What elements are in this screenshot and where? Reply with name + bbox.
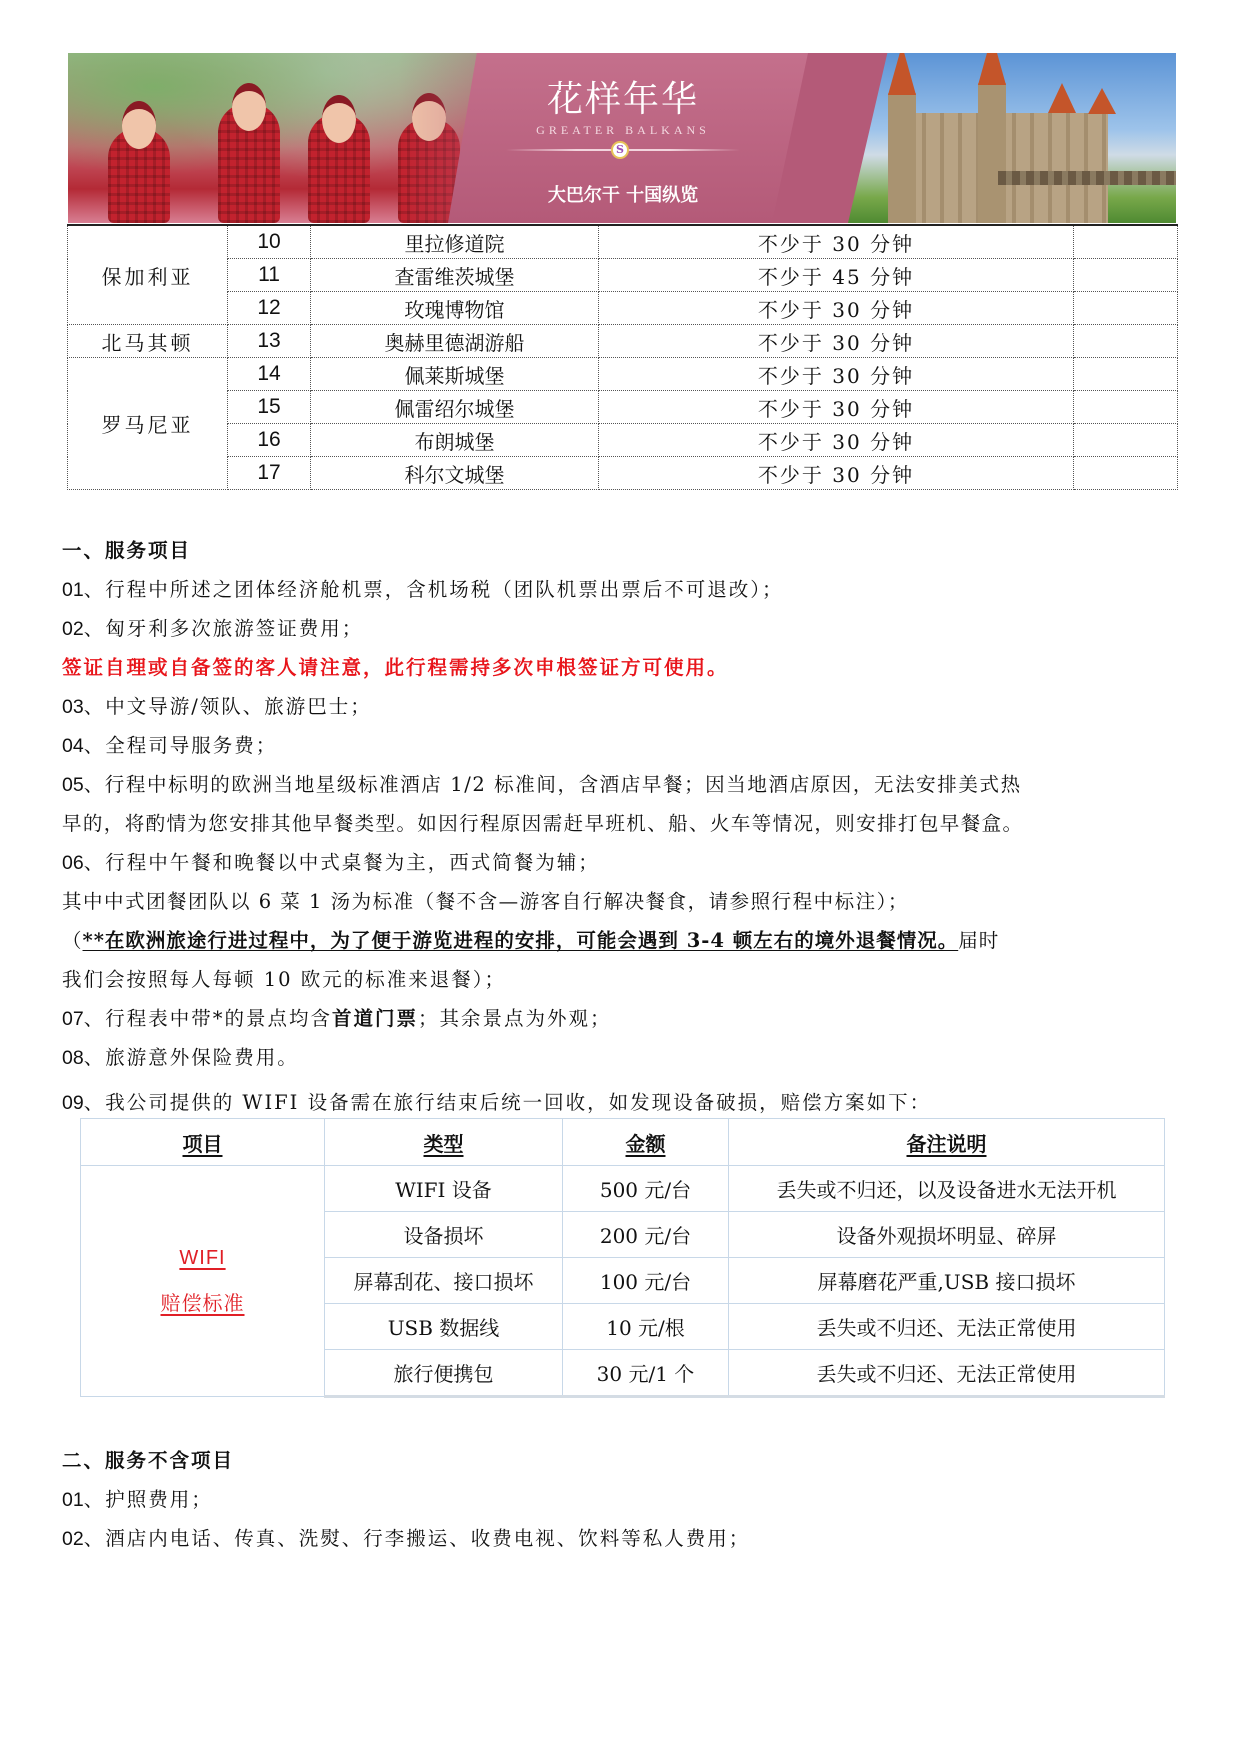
table-header-row: 项目 类型 金额 备注说明 — [81, 1119, 1165, 1166]
sight-number: 17 — [228, 457, 311, 490]
table-row: 罗马尼亚 14 佩莱斯城堡 不少于 30 分钟 — [68, 358, 1178, 391]
sight-name: 奥赫里德湖游船 — [311, 325, 599, 358]
column-header-remark: 备注说明 — [729, 1119, 1165, 1166]
castle-roof — [1088, 88, 1116, 114]
column-header-item: 项目 — [81, 1119, 325, 1166]
sight-duration: 不少于 45 分钟 — [599, 259, 1074, 292]
castle-roof — [1048, 83, 1076, 113]
service-item: 07、行程表中带*的景点均含首道门票；其余景点为外观； — [62, 1003, 612, 1031]
sight-note — [1074, 391, 1178, 424]
sight-number: 15 — [228, 391, 311, 424]
section-heading-services-included: 一、服务项目 — [62, 535, 191, 563]
wifi-item-label: WIFI — [81, 1236, 324, 1281]
item-text: 、酒店内电话、传真、洗熨、行李搬运、收费电视、饮料等私人费用； — [84, 1527, 751, 1550]
wifi-remark: 屏幕磨花严重,USB 接口损坏 — [729, 1258, 1165, 1304]
sight-number: 14 — [228, 358, 311, 391]
wifi-type: 屏幕刮花、接口损坏 — [325, 1258, 563, 1304]
table-row: 保加利亚 10 里拉修道院 不少于 30 分钟 — [68, 225, 1178, 259]
item-text: 、匈牙利多次旅游签证费用； — [84, 617, 364, 640]
country-cell: 北马其顿 — [68, 325, 228, 358]
section-heading-services-excluded: 二、服务不含项目 — [62, 1445, 234, 1473]
wifi-type: 设备损坏 — [325, 1212, 563, 1258]
table-row: 12 玫瑰博物馆 不少于 30 分钟 — [68, 292, 1178, 325]
sight-duration: 不少于 30 分钟 — [599, 391, 1074, 424]
sight-duration: 不少于 30 分钟 — [599, 292, 1074, 325]
country-cell: 罗马尼亚 — [68, 358, 228, 490]
sight-name: 查雷维茨城堡 — [311, 259, 599, 292]
item-text: 、护照费用； — [84, 1488, 213, 1511]
table-row: 15 佩雷绍尔城堡 不少于 30 分钟 — [68, 391, 1178, 424]
service-item: 08、旅游意外保险费用。 — [62, 1042, 299, 1070]
item-text: 、旅游意外保险费用。 — [84, 1046, 299, 1069]
sight-note — [1074, 424, 1178, 457]
sight-duration: 不少于 30 分钟 — [599, 325, 1074, 358]
meal-standard-note: 其中中式团餐团队以 6 菜 1 汤为标准（餐不含—游客自行解决餐食，请参照行程中… — [62, 886, 909, 914]
dancer-face — [122, 101, 156, 149]
sight-name: 里拉修道院 — [311, 225, 599, 259]
country-cell: 保加利亚 — [68, 225, 228, 325]
sight-name: 科尔文城堡 — [311, 457, 599, 490]
castle-tower — [978, 83, 1006, 223]
meal-refund-suffix: 届时 — [958, 929, 999, 952]
meal-refund-continuation: 我们会按照每人每顿 10 欧元的标准来退餐）； — [62, 964, 506, 992]
service-item: 02、匈牙利多次旅游签证费用； — [62, 613, 363, 641]
service-item: 06、行程中午餐和晚餐以中式桌餐为主，西式简餐为辅； — [62, 847, 600, 875]
compensation-standard-label: 赔偿标准 — [81, 1281, 324, 1326]
sight-duration: 不少于 30 分钟 — [599, 358, 1074, 391]
item-text: 、全程司导服务费； — [84, 734, 278, 757]
item-number: 08 — [62, 1047, 84, 1069]
sight-name: 佩雷绍尔城堡 — [311, 391, 599, 424]
wifi-type: 旅行便携包 — [325, 1350, 563, 1397]
paren-open: （ — [62, 929, 83, 952]
item-number: 03 — [62, 696, 84, 718]
sight-name: 玫瑰博物馆 — [311, 292, 599, 325]
item-text: 、行程中标明的欧洲当地星级标准酒店 1/2 标准间，含酒店早餐；因当地酒店原因，… — [84, 773, 1022, 796]
item-text: 、我公司提供的 WIFI 设备需在旅行结束后统一回收，如发现设备破损，赔偿方案如… — [84, 1091, 931, 1114]
banner-text-block: 花样年华 GREATER BALKANS S 大巴尔干 十国纵览 — [498, 53, 748, 223]
wifi-amount: 10 元/根 — [563, 1304, 729, 1350]
table-row: 11 查雷维茨城堡 不少于 45 分钟 — [68, 259, 1178, 292]
castle-roof — [978, 53, 1006, 85]
item-number: 07 — [62, 1008, 84, 1030]
first-ticket-emphasis: 首道门票 — [332, 1007, 418, 1030]
dancer-face — [322, 95, 356, 143]
wifi-compensation-table: 项目 类型 金额 备注说明 WIFI 赔偿标准 WIFI 设备 500 元/台 … — [80, 1118, 1165, 1398]
wifi-amount: 500 元/台 — [563, 1166, 729, 1212]
table-row: 16 布朗城堡 不少于 30 分钟 — [68, 424, 1178, 457]
brand-logo-icon: S — [611, 141, 629, 159]
wifi-remark: 丢失或不归还、无法正常使用 — [729, 1304, 1165, 1350]
table-row: WIFI 赔偿标准 WIFI 设备 500 元/台 丢失或不归还，以及设备进水无… — [81, 1166, 1165, 1212]
wifi-amount: 30 元/1 个 — [563, 1350, 729, 1397]
sight-duration: 不少于 30 分钟 — [599, 225, 1074, 259]
sight-note — [1074, 457, 1178, 490]
item-text: 、中文导游/领队、旅游巴士； — [84, 695, 372, 718]
excluded-item: 01、护照费用； — [62, 1484, 213, 1512]
item-number: 05 — [62, 774, 84, 796]
item-number: 02 — [62, 1528, 84, 1550]
wifi-amount: 200 元/台 — [563, 1212, 729, 1258]
item-number: 02 — [62, 618, 84, 640]
sight-note — [1074, 259, 1178, 292]
service-item: 03、中文导游/领队、旅游巴士； — [62, 691, 372, 719]
wifi-item-label-cell: WIFI 赔偿标准 — [81, 1166, 325, 1397]
column-header-amount: 金额 — [563, 1119, 729, 1166]
item-number: 06 — [62, 852, 84, 874]
sight-note — [1074, 225, 1178, 259]
castle-bridge — [998, 171, 1176, 185]
sight-name: 布朗城堡 — [311, 424, 599, 457]
item-text-suffix: ；其余景点为外观； — [418, 1007, 612, 1030]
visa-warning: 签证自理或自备签的客人请注意，此行程需持多次申根签证方可使用。 — [62, 652, 729, 680]
header-banner: 花样年华 GREATER BALKANS S 大巴尔干 十国纵览 — [68, 53, 1176, 223]
sight-duration: 不少于 30 分钟 — [599, 457, 1074, 490]
service-item-continuation: 早的，将酌情为您安排其他早餐类型。如因行程原因需赶早班机、船、火车等情况，则安排… — [62, 808, 1023, 836]
item-text: 、行程表中带*的景点均含 — [84, 1007, 332, 1030]
sight-note — [1074, 292, 1178, 325]
item-number: 09 — [62, 1092, 84, 1114]
item-text: 、行程中午餐和晚餐以中式桌餐为主，西式简餐为辅； — [84, 851, 600, 874]
banner-title: 花样年华 — [498, 71, 748, 122]
meal-refund-note: （**在欧洲旅途行进过程中，为了便于游览进程的安排，可能会遇到 3-4 顿左右的… — [62, 925, 999, 953]
table-row: 17 科尔文城堡 不少于 30 分钟 — [68, 457, 1178, 490]
wifi-type: USB 数据线 — [325, 1304, 563, 1350]
item-number: 01 — [62, 1489, 84, 1511]
sight-duration: 不少于 30 分钟 — [599, 424, 1074, 457]
wifi-remark: 设备外观损坏明显、碎屏 — [729, 1212, 1165, 1258]
item-number: 01 — [62, 579, 84, 601]
item-number: 04 — [62, 735, 84, 757]
banner-tagline: 大巴尔干 十国纵览 — [498, 181, 748, 207]
banner-subtitle: GREATER BALKANS — [498, 123, 748, 138]
service-item: 09、我公司提供的 WIFI 设备需在旅行结束后统一回收，如发现设备破损，赔偿方… — [62, 1087, 931, 1115]
sight-number: 12 — [228, 292, 311, 325]
meal-refund-emphasis: **在欧洲旅途行进过程中，为了便于游览进程的安排，可能会遇到 3-4 顿左右的境… — [83, 929, 959, 952]
service-item: 05、行程中标明的欧洲当地星级标准酒店 1/2 标准间，含酒店早餐；因当地酒店原… — [62, 769, 1022, 797]
wifi-amount: 100 元/台 — [563, 1258, 729, 1304]
service-item: 04、全程司导服务费； — [62, 730, 277, 758]
sight-name: 佩莱斯城堡 — [311, 358, 599, 391]
excluded-item: 02、酒店内电话、传真、洗熨、行李搬运、收费电视、饮料等私人费用； — [62, 1523, 750, 1551]
dancer-face — [232, 83, 266, 131]
sight-number: 16 — [228, 424, 311, 457]
castle-roof — [888, 53, 916, 95]
sight-note — [1074, 325, 1178, 358]
item-text: 、行程中所述之团体经济舱机票，含机场税（团队机票出票后不可退改）； — [84, 578, 784, 601]
sight-number: 10 — [228, 225, 311, 259]
castle-photo — [848, 53, 1176, 223]
table-row: 北马其顿 13 奥赫里德湖游船 不少于 30 分钟 — [68, 325, 1178, 358]
service-item: 01、行程中所述之团体经济舱机票，含机场税（团队机票出票后不可退改）； — [62, 574, 783, 602]
sight-note — [1074, 358, 1178, 391]
sight-number: 13 — [228, 325, 311, 358]
castle-tower — [888, 93, 916, 223]
wifi-remark: 丢失或不归还、无法正常使用 — [729, 1350, 1165, 1397]
sight-number: 11 — [228, 259, 311, 292]
column-header-type: 类型 — [325, 1119, 563, 1166]
itinerary-sights-table: 保加利亚 10 里拉修道院 不少于 30 分钟 11 查雷维茨城堡 不少于 45… — [67, 224, 1178, 490]
castle-wall — [908, 113, 1108, 223]
wifi-remark: 丢失或不归还，以及设备进水无法开机 — [729, 1166, 1165, 1212]
wifi-type: WIFI 设备 — [325, 1166, 563, 1212]
